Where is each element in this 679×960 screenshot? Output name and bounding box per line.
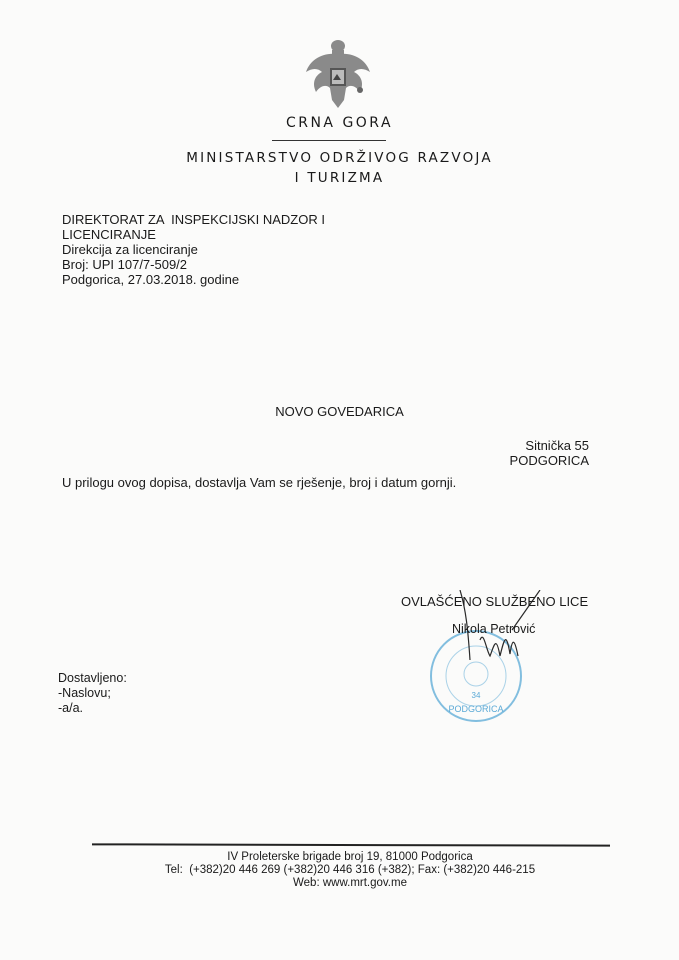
country-name: CRNA GORA — [0, 115, 679, 131]
delivery-item: -Naslovu; — [58, 686, 127, 701]
footer-phones: Tel: (+382)20 446 269 (+382)20 446 316 (… — [0, 864, 679, 877]
recipient-address: Sitnička 55 PODGORICA — [510, 438, 589, 468]
delivery-item: -a/a. — [58, 701, 127, 716]
recipient-city: PODGORICA — [510, 453, 589, 468]
place-date: Podgorica, 27.03.2018. godine — [62, 272, 325, 287]
footer-address: IV Proleterske brigade broj 19, 81000 Po… — [0, 851, 679, 864]
footer-divider — [92, 843, 610, 846]
footer-web: Web: www.mrt.gov.me — [0, 877, 679, 890]
ministry-line-2: I TURIZMA — [0, 168, 679, 188]
footer: IV Proleterske brigade broj 19, 81000 Po… — [0, 851, 679, 890]
reference-number: Broj: UPI 107/7-509/2 — [62, 257, 325, 272]
letter-body: U prilogu ovog dopisa, dostavlja Vam se … — [62, 475, 456, 490]
ministry-line-1: MINISTARSTVO ODRŽIVOG RAZVOJA — [0, 148, 679, 168]
sender-block: DIREKTORAT ZA INSPEKCIJSKI NADZOR I LICE… — [62, 212, 325, 287]
svg-text:34: 34 — [472, 691, 481, 700]
delivery-heading: Dostavljeno: — [58, 671, 127, 686]
signatory-title: OVLAŠĆENO SLUŽBENO LICE — [401, 594, 588, 609]
recipient-name: NOVO GOVEDARICA — [0, 404, 679, 419]
svg-text:PODGORICA: PODGORICA — [448, 704, 503, 714]
department: Direkcija za licenciranje — [62, 242, 325, 257]
signatory-name: Nikola Petrović — [452, 622, 535, 636]
coat-of-arms-icon — [302, 38, 374, 114]
directorate-line-2: LICENCIRANJE — [62, 227, 325, 242]
directorate-line-1: DIREKTORAT ZA INSPEKCIJSKI NADZOR I — [62, 212, 325, 227]
recipient-street: Sitnička 55 — [510, 438, 589, 453]
divider — [272, 140, 386, 141]
ministry-name: MINISTARSTVO ODRŽIVOG RAZVOJA I TURIZMA — [0, 148, 679, 188]
delivery-list: Dostavljeno: -Naslovu; -a/a. — [58, 671, 127, 716]
